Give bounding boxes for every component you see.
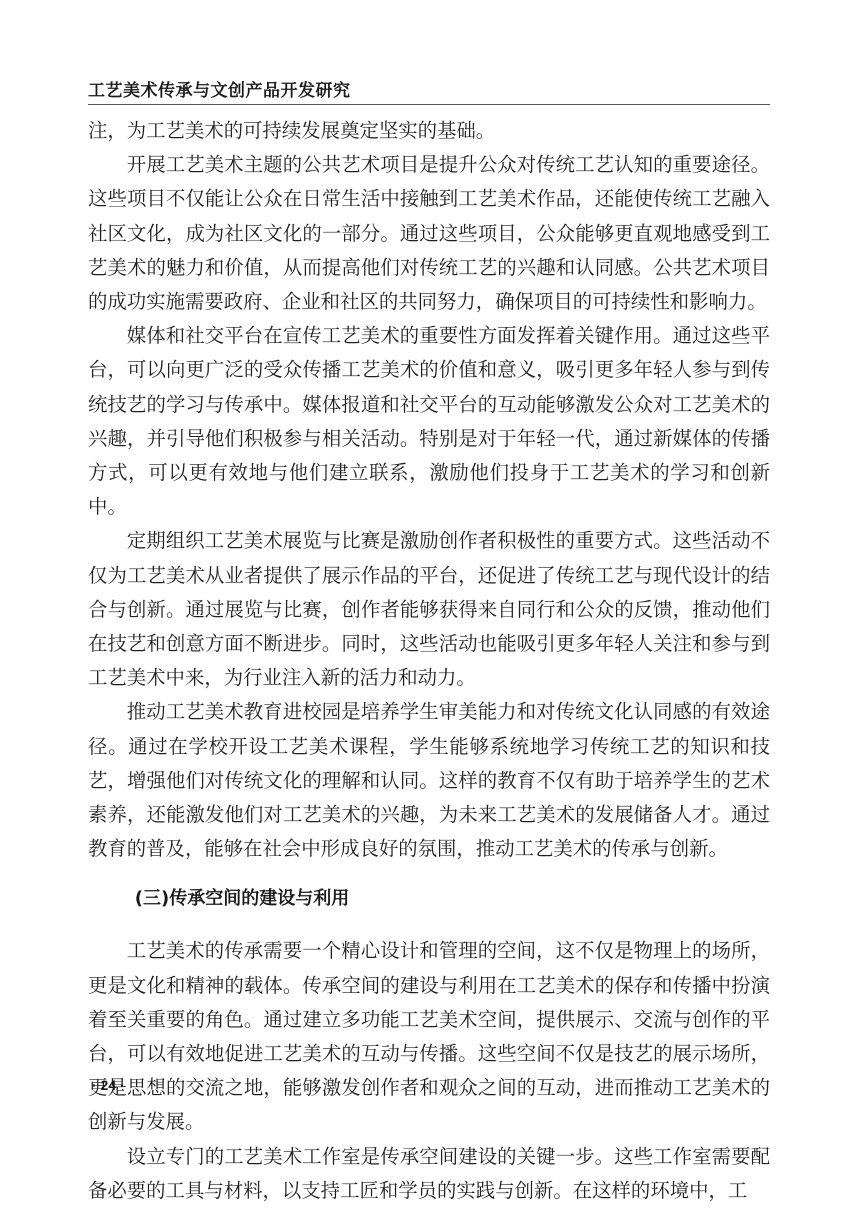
paragraph-heritage-space: 工艺美术的传承需要一个精心设计和管理的空间，这不仅是物理上的场所，更是文化和精神… (88, 934, 770, 1139)
paragraph-continuation: 注，为工艺美术的可持续发展奠定坚实的基础。 (88, 114, 770, 148)
paragraph-exhibitions: 定期组织工艺美术展览与比赛是激励创作者积极性的重要方式。这些活动不仅为工艺美术从… (88, 524, 770, 695)
header-rule (88, 104, 770, 105)
running-head: 工艺美术传承与文创产品开发研究 (88, 76, 770, 101)
body-text: 注，为工艺美术的可持续发展奠定坚实的基础。 开展工艺美术主题的公共艺术项目是提升… (88, 114, 770, 1208)
section-heading: (三)传承空间的建设与利用 (88, 882, 770, 916)
paragraph-media: 媒体和社交平台在宣传工艺美术的重要性方面发挥着关键作用。通过这些平台，可以向更广… (88, 319, 770, 524)
paragraph-studios: 设立专门的工艺美术工作室是传承空间建设的关键一步。这些工作室需要配备必要的工具与… (88, 1140, 770, 1208)
paragraph-education: 推动工艺美术教育进校园是培养学生审美能力和对传统文化认同感的有效途径。通过在学校… (88, 695, 770, 866)
paragraph-public-art: 开展工艺美术主题的公共艺术项目是提升公众对传统工艺认知的重要途径。这些项目不仅能… (88, 148, 770, 319)
page-number: · 24 · (92, 1077, 125, 1093)
